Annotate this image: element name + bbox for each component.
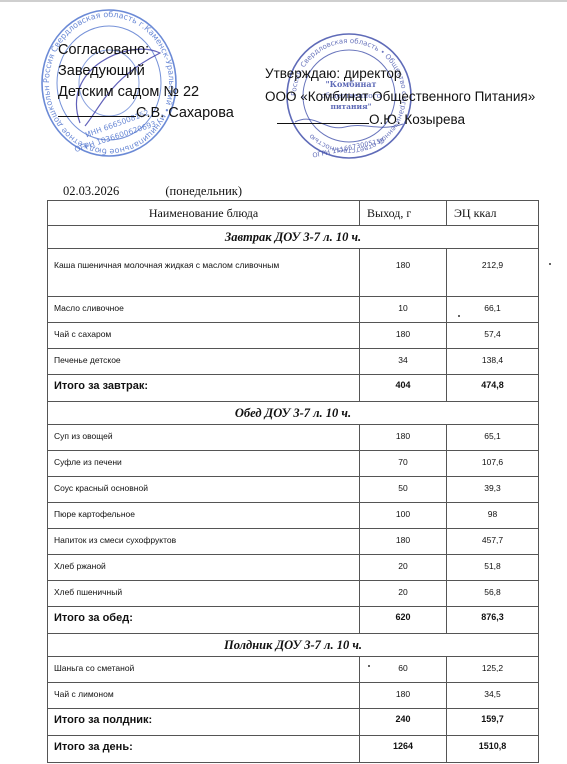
dish-name: Суп из овощей <box>48 425 360 451</box>
total-kcal: 876,3 <box>447 607 539 634</box>
dish-kcal: 138,4 <box>447 349 539 375</box>
dish-yield: 180 <box>360 249 447 297</box>
menu-date-row: 02.03.2026 (понедельник) <box>63 184 242 199</box>
scan-speck <box>368 665 370 667</box>
table-row: Чай с лимоном18034,5 <box>48 683 539 709</box>
approved-organization: ООО «Комбинат Общественного Питания» <box>265 85 535 108</box>
table-row: Масло сливочное1066,1 <box>48 297 539 323</box>
scan-speck <box>458 315 460 317</box>
agreed-signature-line: С.В. Сахарова <box>58 103 234 124</box>
dish-kcal: 212,9 <box>447 249 539 297</box>
section-total-row: Итого за полдник:240159,7 <box>48 709 539 736</box>
dish-yield: 20 <box>360 555 447 581</box>
dish-yield: 180 <box>360 683 447 709</box>
dish-yield: 180 <box>360 323 447 349</box>
dish-name: Шаньга со сметаной <box>48 657 360 683</box>
dish-kcal: 39,3 <box>447 477 539 503</box>
total-yield: 404 <box>360 375 447 402</box>
total-label: Итого за полдник: <box>48 709 360 736</box>
day-total-yield: 1264 <box>360 736 447 763</box>
dish-yield: 10 <box>360 297 447 323</box>
dish-yield: 180 <box>360 425 447 451</box>
dish-kcal: 66,1 <box>447 297 539 323</box>
dish-name: Печенье детское <box>48 349 360 375</box>
total-label: Итого за завтрак: <box>48 375 360 402</box>
dish-name: Каша пшеничная молочная жидкая с маслом … <box>48 249 360 297</box>
dish-name: Пюре картофельное <box>48 503 360 529</box>
dish-yield: 180 <box>360 529 447 555</box>
day-total-label: Итого за день: <box>48 736 360 763</box>
dish-name: Масло сливочное <box>48 297 360 323</box>
agreed-signatory: С.В. Сахарова <box>136 105 234 121</box>
dish-yield: 20 <box>360 581 447 607</box>
approved-signatory: О.Ю. Козырева <box>369 112 465 127</box>
day-of-week: (понедельник) <box>165 184 242 198</box>
table-row: Хлеб пшеничный2056,8 <box>48 581 539 607</box>
dish-kcal: 51,8 <box>447 555 539 581</box>
dish-yield: 100 <box>360 503 447 529</box>
total-yield: 240 <box>360 709 447 736</box>
dish-yield: 50 <box>360 477 447 503</box>
scan-top-edge <box>0 0 567 2</box>
day-total-kcal: 1510,8 <box>447 736 539 763</box>
section-header-row: Обед ДОУ 3-7 л. 10 ч. <box>48 402 539 425</box>
dish-name: Соус красный основной <box>48 477 360 503</box>
column-header-dish: Наименование блюда <box>48 201 360 226</box>
dish-kcal: 107,6 <box>447 451 539 477</box>
dish-kcal: 65,1 <box>447 425 539 451</box>
dish-name: Чай с сахаром <box>48 323 360 349</box>
dish-kcal: 34,5 <box>447 683 539 709</box>
agreed-block: Согласовано: Заведующий Детским садом № … <box>58 40 234 124</box>
dish-yield: 70 <box>360 451 447 477</box>
total-kcal: 474,8 <box>447 375 539 402</box>
signature-underline <box>58 116 136 117</box>
meal-section-title: Полдник ДОУ 3-7 л. 10 ч. <box>48 634 539 657</box>
dish-name: Хлеб ржаной <box>48 555 360 581</box>
meal-section-title: Завтрак ДОУ 3-7 л. 10 ч. <box>48 226 539 249</box>
section-total-row: Итого за обед:620876,3 <box>48 607 539 634</box>
dish-name: Хлеб пшеничный <box>48 581 360 607</box>
dish-name: Чай с лимоном <box>48 683 360 709</box>
table-row: Чай с сахаром18057,4 <box>48 323 539 349</box>
approved-signature-line: О.Ю. Козырева <box>265 108 535 131</box>
column-header-yield: Выход, г <box>360 201 447 226</box>
table-row: Печенье детское34138,4 <box>48 349 539 375</box>
total-kcal: 159,7 <box>447 709 539 736</box>
signature-underline <box>277 123 369 124</box>
table-row: Напиток из смеси сухофруктов180457,7 <box>48 529 539 555</box>
section-total-row: Итого за завтрак:404474,8 <box>48 375 539 402</box>
agreed-organization: Детским садом № 22 <box>58 82 234 103</box>
scan-speck <box>549 263 551 265</box>
dish-name: Суфле из печени <box>48 451 360 477</box>
agreed-title: Согласовано: <box>58 40 234 61</box>
section-header-row: Полдник ДОУ 3-7 л. 10 ч. <box>48 634 539 657</box>
dish-kcal: 56,8 <box>447 581 539 607</box>
table-row: Хлеб ржаной2051,8 <box>48 555 539 581</box>
table-row: Суп из овощей18065,1 <box>48 425 539 451</box>
table-row: Пюре картофельное10098 <box>48 503 539 529</box>
agreed-position: Заведующий <box>58 61 234 82</box>
dish-name: Напиток из смеси сухофруктов <box>48 529 360 555</box>
total-yield: 620 <box>360 607 447 634</box>
dish-kcal: 125,2 <box>447 657 539 683</box>
dish-kcal: 457,7 <box>447 529 539 555</box>
approved-block: Утверждаю: директор ООО «Комбинат Общест… <box>265 62 535 131</box>
table-row: Суфле из печени70107,6 <box>48 451 539 477</box>
dish-yield: 60 <box>360 657 447 683</box>
menu-date: 02.03.2026 <box>63 184 119 198</box>
dish-kcal: 57,4 <box>447 323 539 349</box>
table-row: Каша пшеничная молочная жидкая с маслом … <box>48 249 539 297</box>
table-row: Соус красный основной5039,3 <box>48 477 539 503</box>
meal-section-title: Обед ДОУ 3-7 л. 10 ч. <box>48 402 539 425</box>
table-row: Шаньга со сметаной60125,2 <box>48 657 539 683</box>
day-total-row: Итого за день:12641510,8 <box>48 736 539 763</box>
column-header-kcal: ЭЦ ккал <box>447 201 539 226</box>
approved-title: Утверждаю: директор <box>265 62 535 85</box>
section-header-row: Завтрак ДОУ 3-7 л. 10 ч. <box>48 226 539 249</box>
dish-yield: 34 <box>360 349 447 375</box>
total-label: Итого за обед: <box>48 607 360 634</box>
menu-table: Наименование блюда Выход, г ЭЦ ккал Завт… <box>47 200 539 763</box>
table-header-row: Наименование блюда Выход, г ЭЦ ккал <box>48 201 539 226</box>
dish-kcal: 98 <box>447 503 539 529</box>
